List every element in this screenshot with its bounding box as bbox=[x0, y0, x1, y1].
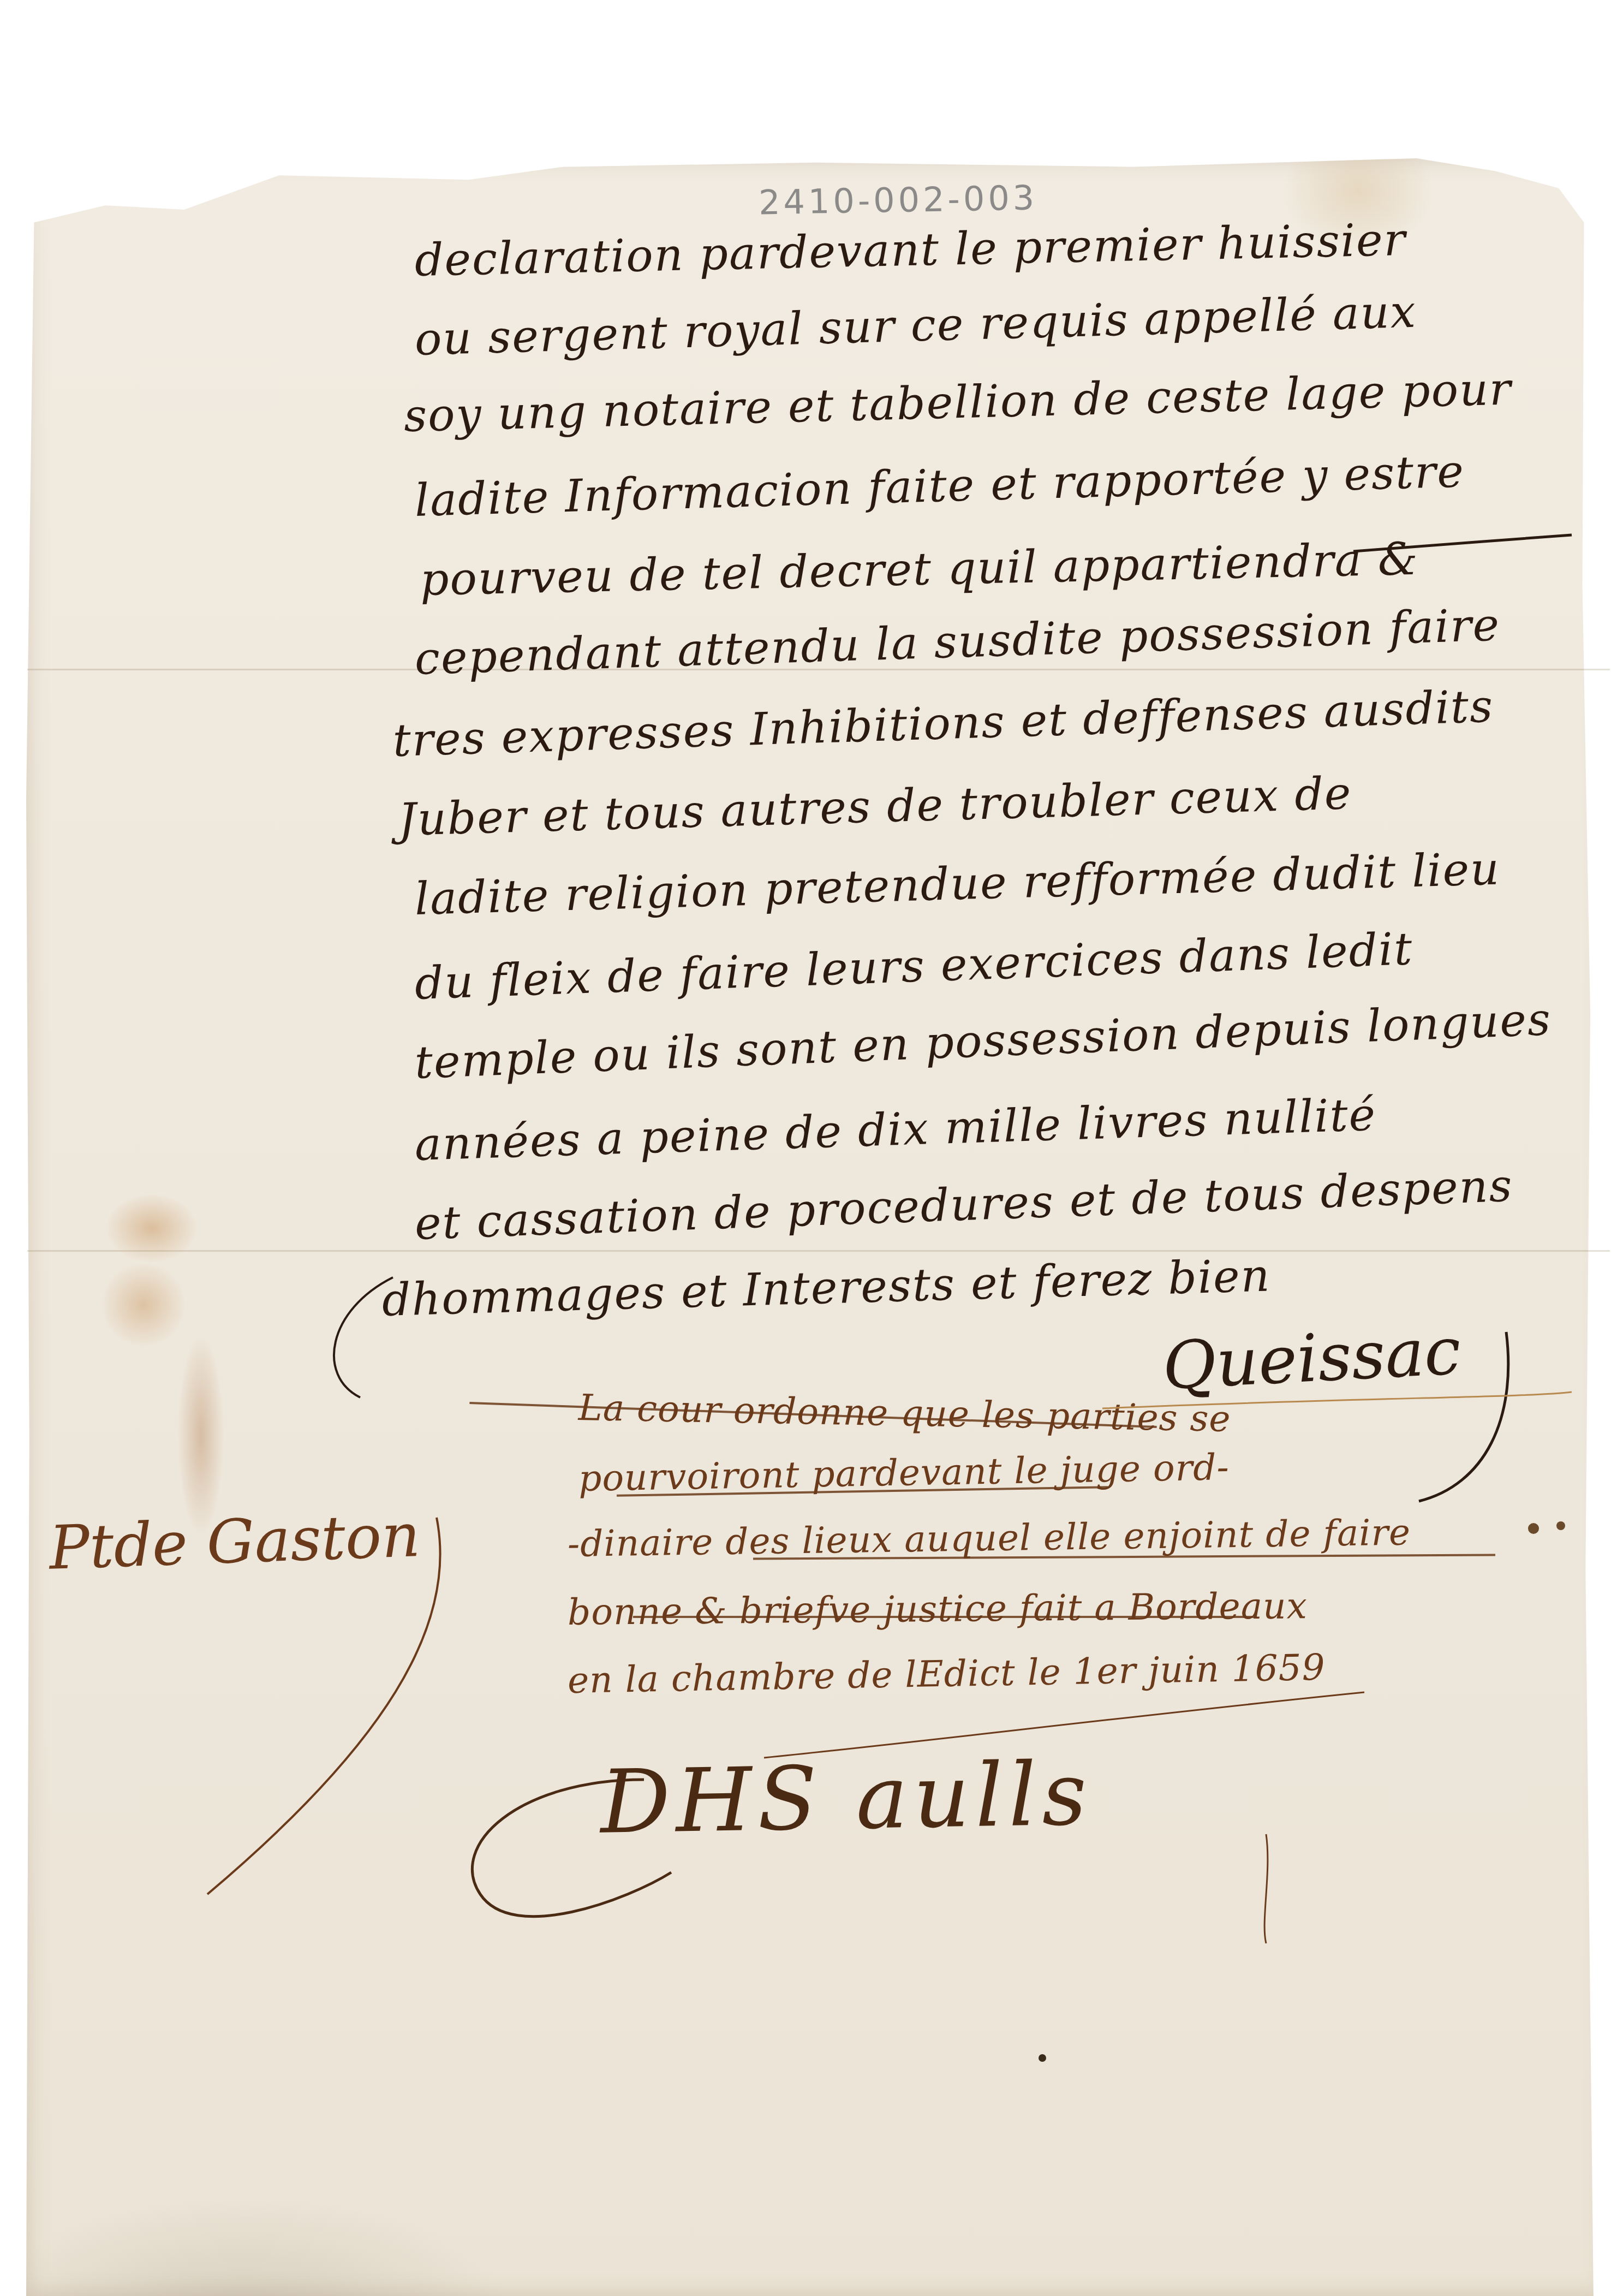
signature-bottom: DHS aulls bbox=[599, 1742, 1093, 1853]
strikethrough-line bbox=[633, 1616, 1255, 1618]
signature-queissac: Queissac bbox=[1161, 1313, 1463, 1405]
signature-gaston: Ptde Gaston bbox=[48, 1500, 421, 1583]
paper-fold-line bbox=[27, 1250, 1610, 1252]
court-order-line: bonne & briefve justice fait a Bordeaux bbox=[568, 1585, 1308, 1633]
archive-number: 2410-002-003 bbox=[758, 178, 1037, 223]
